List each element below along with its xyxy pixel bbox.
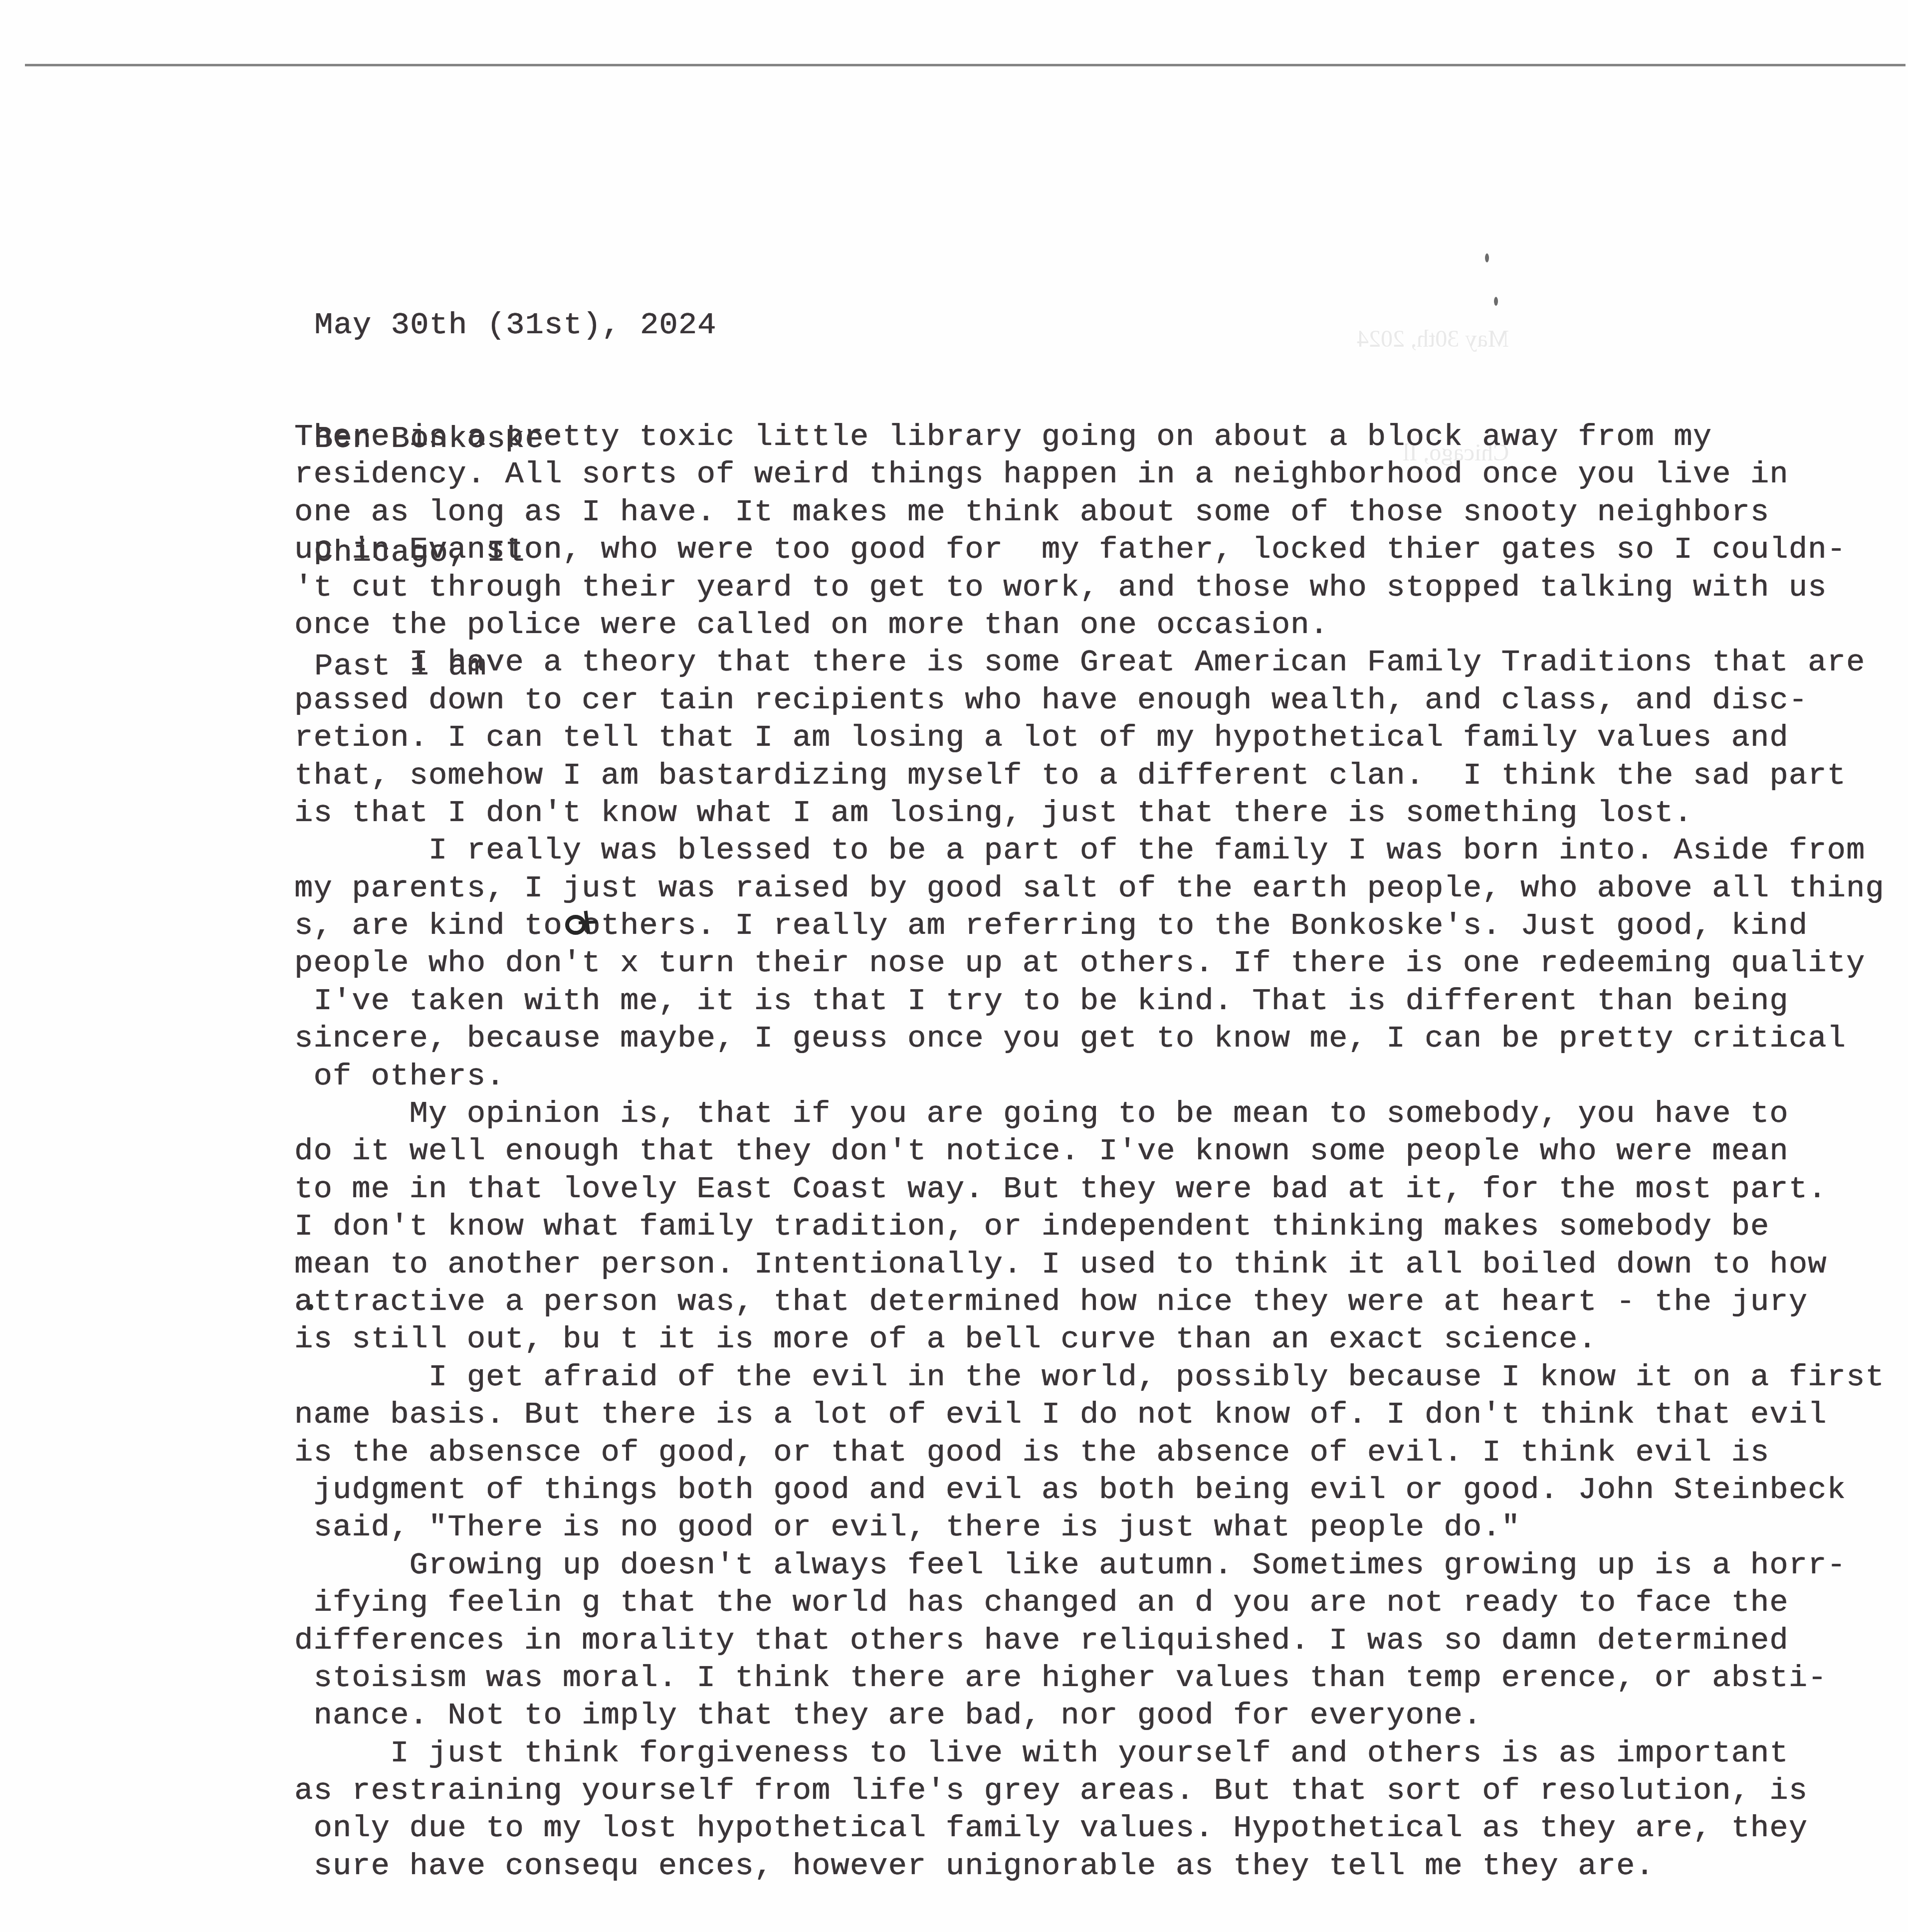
body-line: My opinion is, that if you are going to … [294, 1095, 1885, 1132]
body-line: to me in that lovely East Coast way. But… [294, 1170, 1885, 1208]
body-line: one as long as I have. It makes me think… [294, 493, 1885, 531]
body-line: sincere, because maybe, I geuss once you… [294, 1020, 1885, 1057]
body-line: judgment of things both good and evil as… [294, 1471, 1885, 1508]
bleed-through-line: May 30th, 2024 [1357, 320, 1509, 358]
body-line: do it well enough that they don't notice… [294, 1132, 1885, 1170]
body-line: Growing up doesn't always feel like autu… [294, 1546, 1885, 1584]
body-line: mean to another person. Intentionally. I… [294, 1246, 1885, 1283]
body-line: up in Evanston, who were too good for my… [294, 531, 1885, 568]
body-line: my parents, I just was raised by good sa… [294, 869, 1885, 907]
body-line: differences in morality that others have… [294, 1622, 1885, 1659]
ink-speck [308, 1304, 313, 1310]
body-line: I really was blessed to be a part of the… [294, 832, 1885, 869]
body-line: is still out, bu t it is more of a bell … [294, 1320, 1885, 1358]
ink-speck [1485, 253, 1489, 262]
paper-edge-rule [25, 64, 1906, 66]
body-line: I've taken with me, it is that I try to … [294, 982, 1885, 1020]
body-line: of others. [294, 1058, 1885, 1095]
letter-body: There is a pretty toxic little library g… [294, 418, 1885, 1885]
ink-speck [1494, 297, 1498, 306]
body-line: stoisism was moral. I think there are hi… [294, 1659, 1885, 1697]
body-line: is that I don't know what I am losing, j… [294, 794, 1885, 832]
body-line: attractive a person was, that determined… [294, 1283, 1885, 1320]
body-line: that, somehow I am bastardizing myself t… [294, 757, 1885, 794]
body-line: I just think forgiveness to live with yo… [294, 1734, 1885, 1772]
body-line: is the absensce of good, or that good is… [294, 1434, 1885, 1471]
body-line: s, are kind to others. I really am refer… [294, 907, 1885, 944]
body-line: There is a pretty toxic little library g… [294, 418, 1885, 455]
body-line: once the police were called on more than… [294, 606, 1885, 644]
body-line: I have a theory that there is some Great… [294, 644, 1885, 681]
body-line: passed down to cer tain recipients who h… [294, 681, 1885, 719]
body-line: sure have consequ ences, however unignor… [294, 1847, 1885, 1885]
body-line: I don't know what family tradition, or i… [294, 1208, 1885, 1245]
body-line: retion. I can tell that I am losing a lo… [294, 719, 1885, 756]
body-line: 't cut through their yeard to get to wor… [294, 569, 1885, 606]
body-line: nance. Not to imply that they are bad, n… [294, 1697, 1885, 1734]
body-line: only due to my lost hypothetical family … [294, 1809, 1885, 1847]
body-line: residency. All sorts of weird things hap… [294, 455, 1885, 493]
body-line: name basis. But there is a lot of evil I… [294, 1396, 1885, 1433]
body-line: ifying feelin g that the world has chang… [294, 1584, 1885, 1621]
body-line: people who don't x turn their nose up at… [294, 944, 1885, 982]
body-line: as restraining yourself from life's grey… [294, 1772, 1885, 1809]
body-line: I get afraid of the evil in the world, p… [294, 1358, 1885, 1396]
body-line: said, "There is no good or evil, there i… [294, 1508, 1885, 1546]
handwritten-correction-mark [564, 908, 599, 938]
date-line: May 30th (31st), 2024 [314, 306, 717, 344]
